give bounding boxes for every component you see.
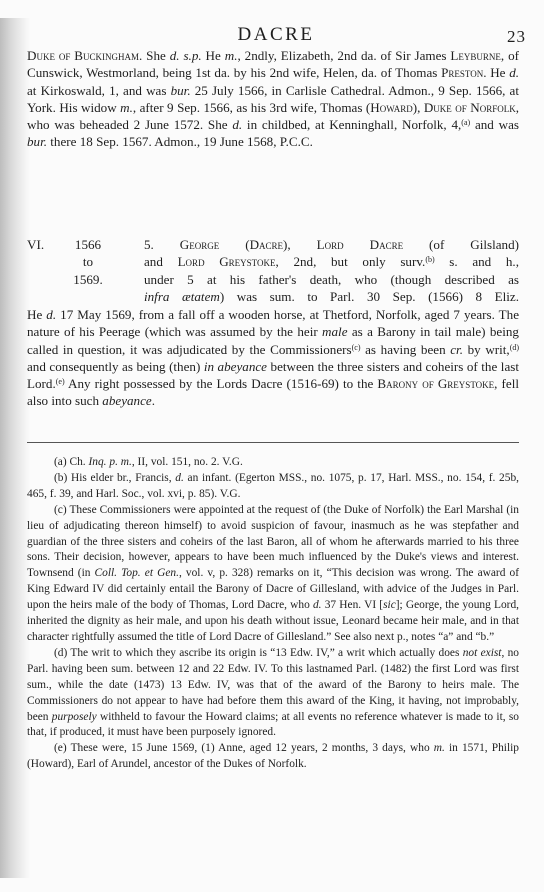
date-end: 1569. <box>63 271 113 288</box>
text-run: He <box>27 307 46 322</box>
entry-numeral: VI. <box>27 236 44 253</box>
italic-abbrev: d. <box>509 65 519 80</box>
entry-heading-lines: 5. George (Dacre), Lord Dacre (of Gilsla… <box>144 236 519 305</box>
text-run: and consequently as being (then) <box>27 359 204 374</box>
text-run: and <box>144 254 178 269</box>
italic-emphasis: purposely <box>52 711 97 723</box>
text-run: These were, 15 June 1569, (1) Anne, aged… <box>67 742 434 754</box>
italic-sic: sic <box>383 599 396 611</box>
page-number: 23 <box>507 27 526 47</box>
surname-smallcaps: Howard <box>370 100 412 115</box>
italic-emphasis: not exist <box>463 647 502 659</box>
italic-abbrev: bur. <box>171 83 191 98</box>
footnote-c: (c) These Commissioners were appointed a… <box>27 503 519 646</box>
footnote-marker: (c) <box>54 504 67 516</box>
footnotes: (a) Ch. Inq. p. m., II, vol. 151, no. 2.… <box>27 455 519 773</box>
text-run: 37 Hen. VI [ <box>322 599 384 611</box>
entry-heading-block: VI. 1566 to 1569. 5. George (Dacre), Lor… <box>27 236 519 306</box>
page-header: DACRE 23 <box>26 24 526 48</box>
latin-phrase: in abeyance <box>204 359 267 374</box>
text-run: ), <box>413 100 424 115</box>
italic-abbrev: Inq. p. m. <box>89 456 132 468</box>
text-run: there 18 Sep. 1567. Admon., 19 June 1568… <box>47 134 313 149</box>
text-run: by writ, <box>463 342 510 357</box>
italic-title: Coll. Top. et Gen. <box>95 567 179 579</box>
text-run: . <box>152 393 155 408</box>
title-smallcaps: Lord Greystoke <box>178 254 276 269</box>
entry-line-4: infra ætatem) was sum. to Parl. 30 Sep. … <box>144 288 519 305</box>
date-start: 1566 <box>63 236 113 253</box>
text-run: , after 9 Sep. 1566, as his 3rd wife, Th… <box>133 100 370 115</box>
italic-abbrev: m. <box>225 48 238 63</box>
text-run: withheld to favour the Howard claims; at… <box>27 711 519 739</box>
footnote-marker: (b) <box>54 472 67 484</box>
title-smallcaps: Duke of Norfolk <box>424 100 516 115</box>
text-run: The writ to which they ascribe its origi… <box>67 647 462 659</box>
italic-abbrev: d. <box>232 117 242 132</box>
italic-abbrev: cr. <box>450 342 463 357</box>
text-run: (of Gilsland) <box>403 237 519 252</box>
text-run: 5. <box>144 237 180 252</box>
text-run: , 2nd, but only surv. <box>276 254 426 269</box>
latin-phrase: infra ætatem <box>144 289 220 304</box>
footnote-a: (a) Ch. Inq. p. m., II, vol. 151, no. 2.… <box>27 455 519 471</box>
page-gutter-shadow <box>0 18 30 878</box>
text-run: Ch. <box>67 456 89 468</box>
text-run: Any right possessed by the Lords Dacre (… <box>65 376 378 391</box>
footnote-marker: (e) <box>54 742 67 754</box>
footnote-e: (e) These were, 15 June 1569, (1) Anne, … <box>27 741 519 773</box>
italic-abbrev: d. <box>46 307 56 322</box>
running-title: DACRE <box>26 24 526 46</box>
italic-abbrev: bur. <box>27 134 47 149</box>
text-run: and was <box>470 117 519 132</box>
surname-smallcaps: Preston <box>441 65 483 80</box>
entry-body: He d. 17 May 1569, from a fall off a woo… <box>27 306 519 410</box>
footnote-ref-e[interactable]: (e) <box>56 377 65 386</box>
footnote-ref-c[interactable]: (c) <box>352 343 361 352</box>
footnote-ref-b[interactable]: (b) <box>425 255 434 264</box>
italic-word: male <box>322 324 347 339</box>
text-run: , II, vol. 151, no. 2. V.G. <box>132 456 243 468</box>
text-run: , 2ndly, Elizabeth, 2nd da. of Sir James <box>237 48 450 63</box>
latin-phrase: abeyance <box>102 393 151 408</box>
footnote-ref-a[interactable]: (a) <box>461 118 470 127</box>
continuation-paragraph: Duke of Buckingham. She d. s.p. He m., 2… <box>27 47 519 151</box>
text-run: as having been <box>361 342 451 357</box>
title-smallcaps: Duke of Buckingham. <box>27 48 142 63</box>
entry-line-3: under 5 at his father's death, who (thou… <box>144 271 519 288</box>
entry-line-2: and Lord Greystoke, 2nd, but only surv.(… <box>144 253 519 270</box>
text-run: His elder br., Francis, <box>67 472 175 484</box>
entry-date-range: 1566 to 1569. <box>63 236 113 288</box>
text-run: . He <box>483 65 509 80</box>
footnote-marker: (d) <box>54 647 67 659</box>
footnote-b: (b) His elder br., Francis, d. an infant… <box>27 471 519 503</box>
text-run: s. and h., <box>435 254 519 269</box>
text-run: at Kirkoswald, 1, and was <box>27 83 171 98</box>
text-run: She <box>142 48 169 63</box>
peerage-entry: VI. 1566 to 1569. 5. George (Dacre), Lor… <box>27 236 519 410</box>
text-run: He <box>202 48 225 63</box>
text-run: in childbed, at Kenninghall, Norfolk, 4, <box>242 117 461 132</box>
italic-abbrev: m. <box>434 742 445 754</box>
italic-abbrev: d. <box>175 472 184 484</box>
italic-abbrev: d. s.p. <box>170 48 202 63</box>
text-run: ) was sum. to Parl. 30 Sep. (1566) 8 Eli… <box>220 289 519 304</box>
date-to: to <box>63 253 113 270</box>
footnote-marker: (a) <box>54 456 67 468</box>
title-smallcaps: Barony of Greystoke <box>377 376 494 391</box>
footnote-ref-d[interactable]: (d) <box>510 343 519 352</box>
italic-abbrev: d. <box>313 599 322 611</box>
surname-smallcaps: Leyburne <box>450 48 501 63</box>
italic-abbrev: m. <box>120 100 133 115</box>
footnote-d: (d) The writ to which they ascribe its o… <box>27 646 519 741</box>
entry-line-1: 5. George (Dacre), Lord Dacre (of Gilsla… <box>144 236 519 253</box>
peer-name-smallcaps: George (Dacre), Lord Dacre <box>180 237 403 252</box>
footnote-divider <box>27 442 519 443</box>
